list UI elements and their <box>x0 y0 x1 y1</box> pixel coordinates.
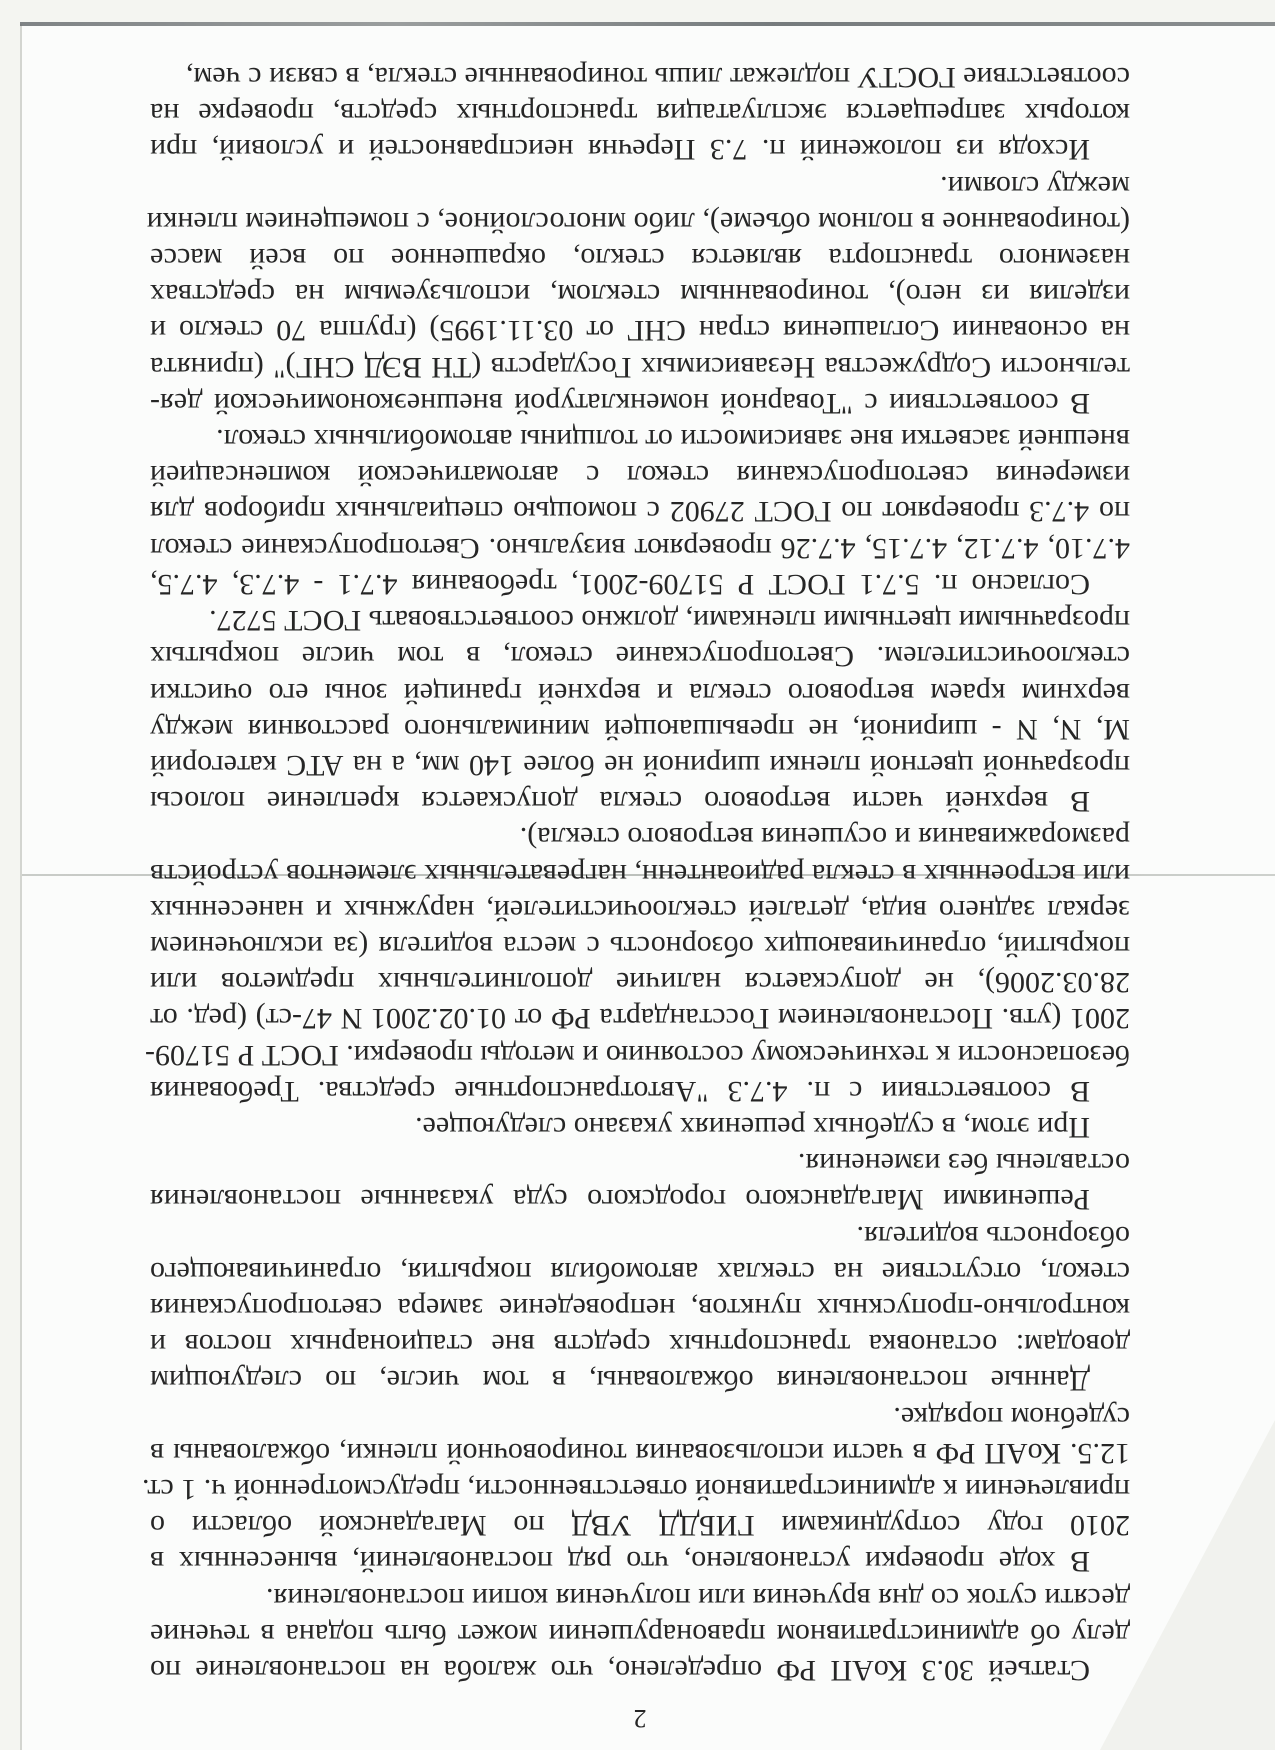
text-line: прозрачными цветными пленками, должно со… <box>150 602 1130 638</box>
text-line: доводам: остановка транспортных средств … <box>150 1326 1130 1362</box>
document-text-rotated: 2 Статьей 30.3 КоАП РФ определено, что ж… <box>150 178 1130 1738</box>
text-line: размораживания и осушения ветрового стек… <box>150 819 1130 855</box>
text-line: Исходя из положений п. 7.3 Перечня неисп… <box>150 131 1130 167</box>
text-line: которых запрещается эксплуатация транспо… <box>150 95 1130 131</box>
paragraph-p3: Данные постановления обжалованы, в том ч… <box>150 1217 1130 1398</box>
text-line: безопасности к техническому состоянию и … <box>150 1036 1130 1072</box>
paragraph-p8: Согласно п. 5.7.1 ГОСТ Р 51709-2001, тре… <box>150 421 1130 602</box>
text-line: 28.03.2006), не допускается наличие допо… <box>150 964 1130 1000</box>
text-line: 4.7.10, 4.7.12, 4.7.15, 4.7.26 проверяют… <box>150 530 1130 566</box>
text-line: между слоями. <box>150 167 1130 203</box>
text-line: стеклоочистителем. Светопропускание стек… <box>150 638 1130 674</box>
text-line: В соответствии с "Товарной номенклатурой… <box>150 385 1130 421</box>
scan-top-edge <box>20 22 1275 26</box>
text-line: соответствие ГОСТУ подлежат лишь тониров… <box>150 59 1130 95</box>
paragraph-p7: В верхней части ветрового стекла допуска… <box>150 602 1130 819</box>
text-line: Статьей 30.3 КоАП РФ определено, что жал… <box>150 1652 1130 1688</box>
text-line: M, N, N - шириной, не превышающей минима… <box>150 711 1130 747</box>
text-line: измерения светопропускания стекол с авто… <box>150 457 1130 493</box>
text-line: (тонированное в полном объеме), либо мно… <box>150 204 1130 240</box>
text-line: зеркал заднего вида, деталей стеклоочист… <box>150 892 1130 928</box>
paragraph-p9: В соответствии с "Товарной номенклатурой… <box>150 167 1130 420</box>
paragraph-p4: Решениями Магаданского городского суда у… <box>150 1145 1130 1217</box>
text-line: десяти суток со дня вручения или получен… <box>150 1579 1130 1615</box>
text-line: 12.5. КоАП РФ в части использования тони… <box>150 1435 1130 1471</box>
text-line: покрытий, ограничивающих обзорность с ме… <box>150 928 1130 964</box>
text-line: Решениями Магаданского городского суда у… <box>150 1181 1130 1217</box>
text-line: контрольно-пропускных пунктов, непроведе… <box>150 1290 1130 1326</box>
text-line: привлечении к административной ответстве… <box>150 1471 1130 1507</box>
text-line: наземного транспорта является стекло, ок… <box>150 240 1130 276</box>
paragraph-p6: В соответствии с п. 4.7.3 "Автотранспорт… <box>150 819 1130 1109</box>
text-line: делу об административном правонарушении … <box>150 1616 1130 1652</box>
text-line: обзорность водителя. <box>150 1217 1130 1253</box>
text-line: или встроенных в стекла радиоантенн, наг… <box>150 855 1130 891</box>
text-line: прозрачной цветной пленки шириной не бол… <box>150 747 1130 783</box>
text-line: судебном порядке. <box>150 1398 1130 1434</box>
text-line: Согласно п. 5.7.1 ГОСТ Р 51709-2001, тре… <box>150 566 1130 602</box>
text-line: изделия из него), тонированным стеклом, … <box>150 276 1130 312</box>
text-line: внешней засветки вне зависимости от толщ… <box>150 421 1130 457</box>
text-line: При этом, в судебных решениях указано сл… <box>150 1109 1130 1145</box>
text-line: на основании Соглашения стран СНГ от 03.… <box>150 312 1130 348</box>
text-line: стекол, отсутствие на стеклах автомобиля… <box>150 1254 1130 1290</box>
text-line: В верхней части ветрового стекла допуска… <box>150 783 1130 819</box>
text-line: верхним краем ветрового стекла и верхней… <box>150 674 1130 710</box>
paragraph-p1: Статьей 30.3 КоАП РФ определено, что жал… <box>150 1579 1130 1688</box>
document-body: Статьей 30.3 КоАП РФ определено, что жал… <box>150 59 1130 1688</box>
text-line: тельности Содружества Независимых Госуда… <box>150 348 1130 384</box>
paragraph-p2: В ходе проверки установлено, что ряд пос… <box>150 1398 1130 1579</box>
text-line: по 4.7.3 проверяют по ГОСТ 27902 с помощ… <box>150 493 1130 529</box>
text-line: оставлены без изменения. <box>150 1145 1130 1181</box>
page-number: 2 <box>150 1698 1130 1738</box>
paragraph-p10: Исходя из положений п. 7.3 Перечня неисп… <box>150 59 1130 168</box>
text-line: 2010 году сотрудниками ГИБДД УВД по Мага… <box>150 1507 1130 1543</box>
paragraph-p5: При этом, в судебных решениях указано сл… <box>150 1109 1130 1145</box>
text-line: В соответствии с п. 4.7.3 "Автотранспорт… <box>150 1073 1130 1109</box>
text-line: Данные постановления обжалованы, в том ч… <box>150 1362 1130 1398</box>
text-line: В ходе проверки установлено, что ряд пос… <box>150 1543 1130 1579</box>
text-line: 2001 (утв. Постановлением Госстандарта Р… <box>150 1000 1130 1036</box>
